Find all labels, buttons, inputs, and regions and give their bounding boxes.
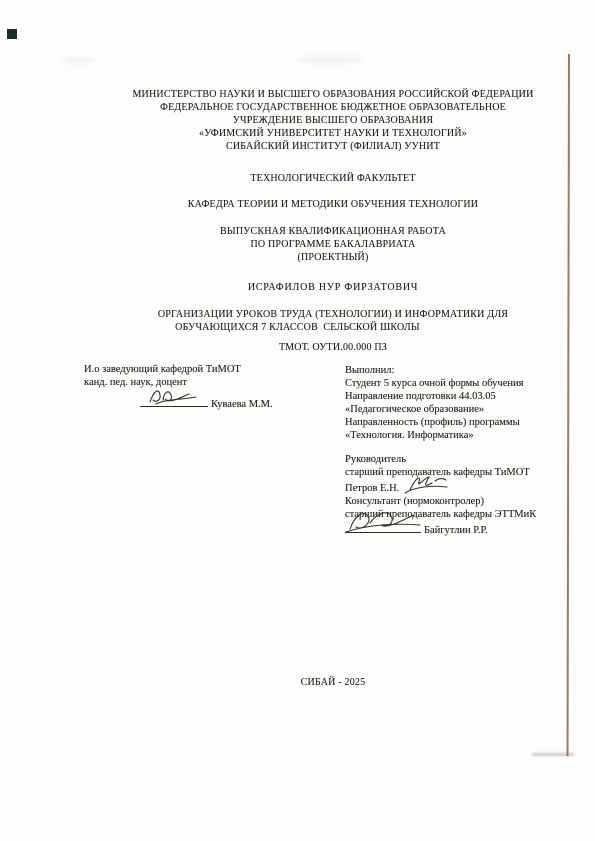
signature-line <box>140 406 208 407</box>
work-type-line: ВЫПУСКНАЯ КВАЛИФИКАЦИОННАЯ РАБОТА <box>71 225 595 238</box>
scan-smudge-top-center <box>295 55 365 64</box>
faculty-line: ТЕХНОЛОГИЧЕСКИЙ ФАКУЛЬТЕТ <box>71 172 595 185</box>
performer-line: Направление подготовки 44.03.05 <box>345 390 570 403</box>
consultant-name: Байгутлин Р.Р. <box>424 525 488 536</box>
performer-line: Направленность (профиль) программы <box>345 416 570 429</box>
document-code: ТМОТ. ОУТИ.00.000 ПЗ <box>71 341 595 354</box>
department-name: КАФЕДРА ТЕОРИИ И МЕТОДИКИ ОБУЧЕНИЯ ТЕХНО… <box>71 198 595 211</box>
performer-line: «Педагогическое образование» <box>345 403 570 416</box>
thesis-title-line2: ОБУЧАЮЩИХСЯ 7 КЛАССОВ СЕЛЬСКОЙ ШКОЛЫ <box>0 321 595 334</box>
approval-name: Куваева М.М. <box>211 399 273 410</box>
performer-block: Выполнил: Студент 5 курса очной формы об… <box>345 364 570 442</box>
performer-label: Выполнил: <box>345 364 570 377</box>
approval-block: И.о заведующий кафедрой ТиМОТ канд. пед.… <box>84 363 319 414</box>
scan-corner-mark <box>7 29 17 39</box>
work-type-line: (ПРОЕКТНЫЙ) <box>71 251 595 264</box>
ministry-header: МИНИСТЕРСТВО НАУКИ И ВЫСШЕГО ОБРАЗОВАНИЯ… <box>71 88 595 153</box>
supervisor-signature-row: Петров Е.Н. <box>345 479 570 495</box>
supervisor-block: Руководитель старший преподаватель кафед… <box>345 453 570 495</box>
document-code-text: ТМОТ. ОУТИ.00.000 ПЗ <box>71 341 595 354</box>
approval-signature-row: Куваева М.М. <box>84 398 319 414</box>
faculty-name: ТЕХНОЛОГИЧЕСКИЙ ФАКУЛЬТЕТ <box>71 172 595 185</box>
author-name: ИСРАФИЛОВ НУР ФИРЗАТОВИЧ <box>71 281 595 294</box>
scan-smudge-bottom <box>532 753 574 756</box>
approval-position-2: канд. пед. наук, доцент <box>84 376 319 389</box>
city-year-text: СИБАЙ - 2025 <box>71 676 595 689</box>
scanned-title-page: МИНИСТЕРСТВО НАУКИ И ВЫСШЕГО ОБРАЗОВАНИЯ… <box>0 0 595 841</box>
header-line: «УФИМСКИЙ УНИВЕРСИТЕТ НАУКИ И ТЕХНОЛОГИЙ… <box>71 127 595 140</box>
supervisor-position: старший преподаватель кафедры ТиМОТ <box>345 466 570 479</box>
department-line: КАФЕДРА ТЕОРИИ И МЕТОДИКИ ОБУЧЕНИЯ ТЕХНО… <box>71 198 595 211</box>
header-line: УЧРЕЖДЕНИЕ ВЫСШЕГО ОБРАЗОВАНИЯ <box>71 114 595 127</box>
thesis-title-line1: ОРГАНИЗАЦИИ УРОКОВ ТРУДА (ТЕХНОЛОГИИ) И … <box>71 308 595 321</box>
header-line: МИНИСТЕРСТВО НАУКИ И ВЫСШЕГО ОБРАЗОВАНИЯ… <box>71 88 595 101</box>
signature-line <box>345 532 421 533</box>
consultant-signature-row: Байгутлин Р.Р. <box>345 524 570 540</box>
kuvaeva-signature-icon <box>144 387 202 408</box>
performer-line: «Технология. Информатика» <box>345 429 570 442</box>
performer-line: Студент 5 курса очной формы обучения <box>345 377 570 390</box>
consultant-label: Консультант (нормоконтролер) <box>345 495 570 508</box>
author-line: ИСРАФИЛОВ НУР ФИРЗАТОВИЧ <box>71 281 595 294</box>
work-type: ВЫПУСКНАЯ КВАЛИФИКАЦИОННАЯ РАБОТА ПО ПРО… <box>71 225 595 264</box>
header-line: ФЕДЕРАЛЬНОЕ ГОСУДАРСТВЕННОЕ БЮДЖЕТНОЕ ОБ… <box>71 101 595 114</box>
signature-area <box>399 479 451 491</box>
consultant-block: Консультант (нормоконтролер) старший пре… <box>345 495 570 540</box>
scan-smudge-top-left <box>62 57 96 64</box>
supervisor-name: Петров Е.Н. <box>345 483 399 494</box>
header-line: СИБАЙСКИЙ ИНСТИТУТ (ФИЛИАЛ) УУНИТ <box>71 140 595 153</box>
city-year: СИБАЙ - 2025 <box>71 676 595 689</box>
consultant-position: старший преподаватель кафедры ЭТТМиК <box>345 508 570 521</box>
title-text-1: ОРГАНИЗАЦИИ УРОКОВ ТРУДА (ТЕХНОЛОГИИ) И … <box>71 308 595 321</box>
work-type-line: ПО ПРОГРАММЕ БАКАЛАВРИАТА <box>71 238 595 251</box>
supervisor-label: Руководитель <box>345 453 570 466</box>
title-text-2: ОБУЧАЮЩИХСЯ 7 КЛАССОВ СЕЛЬСКОЙ ШКОЛЫ <box>0 321 595 334</box>
approval-position-1: И.о заведующий кафедрой ТиМОТ <box>84 363 319 376</box>
